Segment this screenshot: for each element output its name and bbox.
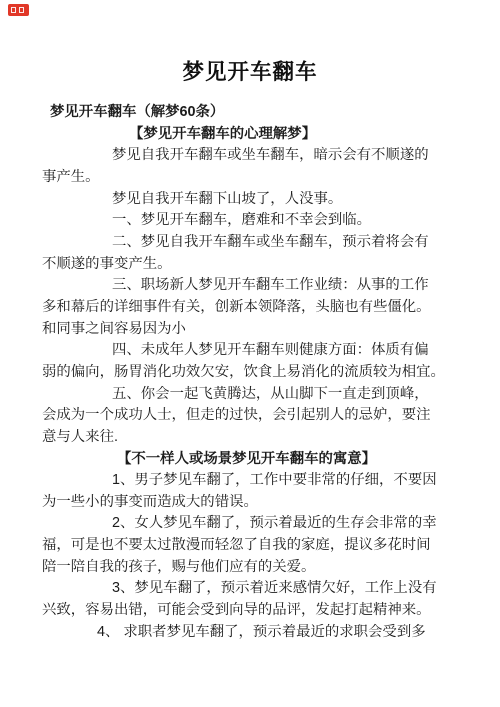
doc-line: 梦见自我开车翻车或坐车翻车，暗示会有不顺遂的	[42, 145, 464, 167]
doc-line: 陪一陪自我的孩子，赐与他们应有的关爱。	[42, 557, 464, 579]
site-logo-badge	[8, 4, 29, 16]
doc-line: 4、 求职者梦见车翻了，预示着最近的求职会受到多	[42, 622, 464, 644]
doc-line: 弱的偏向，肠胃消化功效欠安，饮食上易消化的流质较为相宜。	[42, 362, 464, 384]
doc-line: 和同事之间容易因为小	[42, 319, 464, 341]
doc-line: 兴致，容易出错，可能会受到向导的品评，发起打起精神来。	[42, 600, 464, 622]
doc-line: 为一些小的事变而造成大的错误。	[42, 492, 464, 514]
doc-line: 三、职场新人梦见开车翻车工作业绩：从事的工作	[42, 275, 464, 297]
doc-line: 四、未成年人梦见开车翻车则健康方面：体质有偏	[42, 340, 464, 362]
doc-line: 会成为一个成功人士，但走的过快，会引起别人的忌妒，要注	[42, 405, 464, 427]
doc-line: 事产生。	[42, 167, 464, 189]
doc-line: 3、梦见车翻了，预示着近来感情欠好，工作上没有	[42, 578, 464, 600]
doc-line: 一、梦见开车翻车，磨难和不幸会到临。	[42, 210, 464, 232]
doc-line: 意与人来往.	[42, 427, 464, 449]
document-page: 梦见开车翻车 梦见开车翻车（解梦60条）【梦见开车翻车的心理解梦】梦见自我开车翻…	[0, 0, 500, 707]
doc-line: 梦见开车翻车（解梦60条）	[42, 102, 464, 124]
doc-line: 【不一样人或场景梦见开车翻车的寓意】	[42, 449, 464, 471]
page-title: 梦见开车翻车	[0, 0, 500, 88]
doc-line: 不顺遂的事变产生。	[42, 254, 464, 276]
doc-line: 五、你会一起飞黄腾达，从山脚下一直走到顶峰，	[42, 384, 464, 406]
doc-line: 梦见自我开车翻下山坡了，人没事。	[42, 189, 464, 211]
doc-line: 二、梦见自我开车翻车或坐车翻车，预示着将会有	[42, 232, 464, 254]
doc-line: 多和幕后的详细事件有关，创新本领降落，头脑也有些僵化。	[42, 297, 464, 319]
document-body: 梦见开车翻车（解梦60条）【梦见开车翻车的心理解梦】梦见自我开车翻车或坐车翻车，…	[0, 102, 500, 643]
doc-line: 【梦见开车翻车的心理解梦】	[42, 124, 464, 146]
logo-glyph	[11, 7, 16, 13]
doc-line: 福，可是也不要太过散漫而轻忽了自我的家庭，提议多花时间	[42, 535, 464, 557]
doc-line: 2、女人梦见车翻了，预示着最近的生存会非常的幸	[42, 513, 464, 535]
doc-line: 1、男子梦见车翻了，工作中要非常的仔细，不要因	[42, 470, 464, 492]
logo-glyph	[19, 7, 24, 13]
